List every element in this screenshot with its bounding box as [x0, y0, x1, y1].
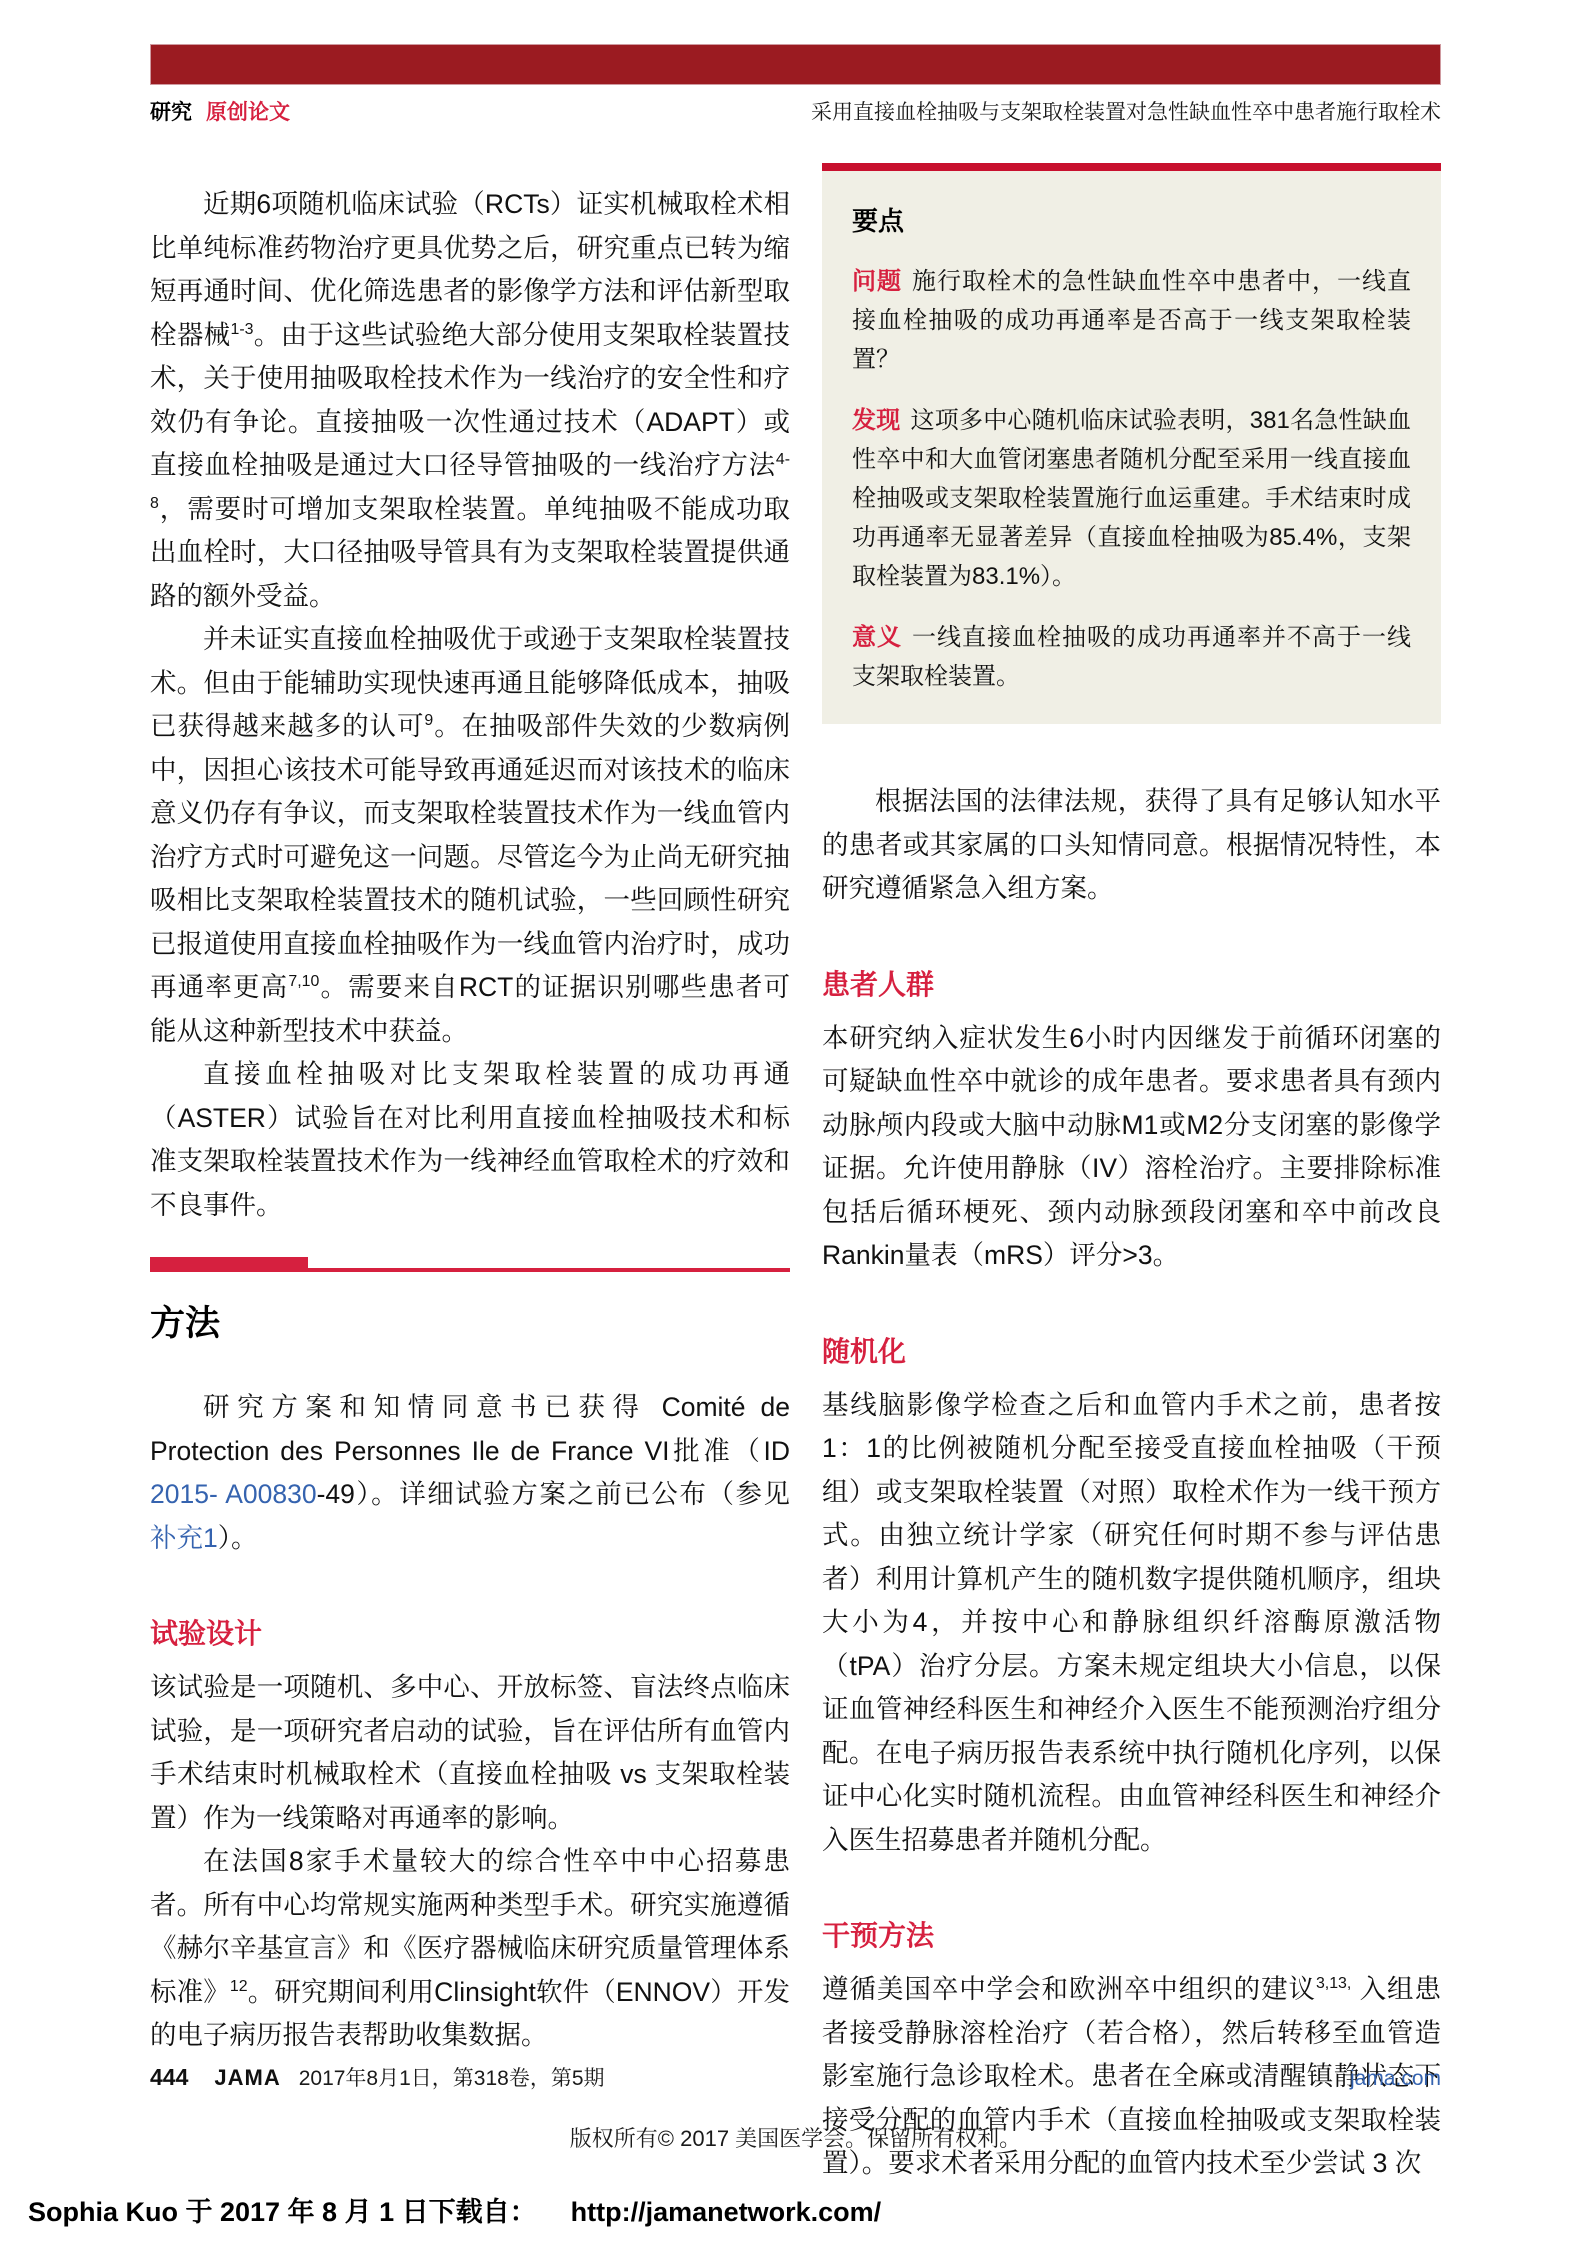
issue-info: 2017年8月1日，第318卷，第5期	[299, 2062, 605, 2092]
page-number: 444	[150, 2064, 188, 2091]
left-column: 近期6项随机临床试验（RCTs）证实机械取栓术相比单纯标准药物治疗更具优势之后，…	[150, 163, 790, 2058]
download-note: Sophia Kuo 于 2017 年 8 月 1 日下载自：	[28, 2197, 537, 2227]
jama-site-link[interactable]: jama.com	[1350, 2067, 1441, 2091]
trial-design-heading: 试验设计	[150, 1612, 790, 1652]
key-point-meaning-text: 一线直接血栓抽吸的成功再通率并不高于一线支架取栓装置。	[852, 624, 1411, 690]
running-title: 采用直接血栓抽吸与支架取栓装置对急性缺血性卒中患者施行取栓术	[811, 96, 1441, 126]
article-category: 研究原创论文	[150, 96, 290, 126]
trial-design-paragraph-1: 该试验是一项随机、多中心、开放标签、盲法终点临床试验，是一项研究者启动的试验，旨…	[150, 1666, 790, 1840]
key-point-findings: 发现这项多中心随机临床试验表明，381名急性缺血性卒中和大血管闭塞患者随机分配至…	[852, 401, 1411, 596]
copyright-line: 版权所有© 2017 美国医学会。保留所有权利。	[150, 2122, 1441, 2153]
intro-paragraph-2: 并未证实直接血栓抽吸优于或逊于支架取栓装置技术。但由于能辅助实现快速再通且能够降…	[150, 618, 790, 1053]
approval-paragraph: 研究方案和知情同意书已获得 Comité de Protection des P…	[150, 1386, 790, 1560]
key-point-question-text: 施行取栓术的急性缺血性卒中患者中，一线直接血栓抽吸的成功再通率是否高于一线支架取…	[852, 268, 1411, 373]
methods-heading: 方法	[150, 1296, 790, 1346]
download-stamp: Sophia Kuo 于 2017 年 8 月 1 日下载自：http://ja…	[28, 2190, 881, 2229]
masthead-red-bar	[150, 44, 1441, 85]
page-header: 研究原创论文 采用直接血栓抽吸与支架取栓装置对急性缺血性卒中患者施行取栓术	[150, 96, 1441, 126]
trial-design-paragraph-2: 在法国8家手术量较大的综合性卒中中心招募患者。所有中心均常规实施两种类型手术。研…	[150, 1840, 790, 2058]
download-url-link[interactable]: http://jamanetwork.com/	[571, 2197, 882, 2227]
patients-heading: 患者人群	[822, 963, 1441, 1003]
two-column-body: 近期6项随机临床试验（RCTs）证实机械取栓术相比单纯标准药物治疗更具优势之后，…	[150, 163, 1441, 2186]
randomization-heading: 随机化	[822, 1330, 1441, 1370]
key-points-box: 要点 问题施行取栓术的急性缺血性卒中患者中，一线直接血栓抽吸的成功再通率是否高于…	[822, 163, 1441, 724]
consent-paragraph: 根据法国的法律法规，获得了具有足够认知水平的患者或其家属的口头知情同意。根据情况…	[822, 780, 1441, 911]
category-label: 研究	[150, 101, 192, 124]
supplement-1-link[interactable]: 补充1	[150, 1523, 218, 1553]
intro-paragraph-1: 近期6项随机临床试验（RCTs）证实机械取栓术相比单纯标准药物治疗更具优势之后，…	[150, 183, 790, 618]
article-type-label: 原创论文	[206, 101, 290, 124]
key-point-question-label: 问题	[852, 268, 902, 295]
methods-divider-accent	[150, 1257, 308, 1272]
key-point-findings-text: 这项多中心随机临床试验表明，381名急性缺血性卒中和大血管闭塞患者随机分配至采用…	[852, 407, 1411, 590]
key-point-question: 问题施行取栓术的急性缺血性卒中患者中，一线直接血栓抽吸的成功再通率是否高于一线支…	[852, 262, 1411, 379]
journal-footer: 444 JAMA 2017年8月1日，第318卷，第5期 jama.com	[150, 2062, 1441, 2092]
patients-paragraph: 本研究纳入症状发生6小时内因继发于前循环闭塞的可疑缺血性卒中就诊的成年患者。要求…	[822, 1017, 1441, 1278]
right-column: 要点 问题施行取栓术的急性缺血性卒中患者中，一线直接血栓抽吸的成功再通率是否高于…	[822, 163, 1441, 2186]
intro-paragraph-3: 直接血栓抽吸对比支架取栓装置的成功再通（ASTER）试验旨在对比利用直接血栓抽吸…	[150, 1053, 790, 1227]
intervention-heading: 干预方法	[822, 1914, 1441, 1954]
methods-divider	[150, 1257, 790, 1272]
randomization-paragraph: 基线脑影像学检查之后和血管内手术之前，患者按1：1的比例被随机分配至接受直接血栓…	[822, 1384, 1441, 1863]
key-point-meaning: 意义一线直接血栓抽吸的成功再通率并不高于一线支架取栓装置。	[852, 618, 1411, 696]
key-points-title: 要点	[852, 201, 1411, 238]
page: { "colors":{ "top_bar":"#9b1b21", "accen…	[0, 0, 1587, 2245]
key-point-findings-label: 发现	[852, 407, 900, 434]
key-point-meaning-label: 意义	[852, 624, 902, 651]
protocol-id-link[interactable]: 2015- A00830	[150, 1479, 317, 1509]
journal-name: JAMA	[214, 2065, 280, 2091]
